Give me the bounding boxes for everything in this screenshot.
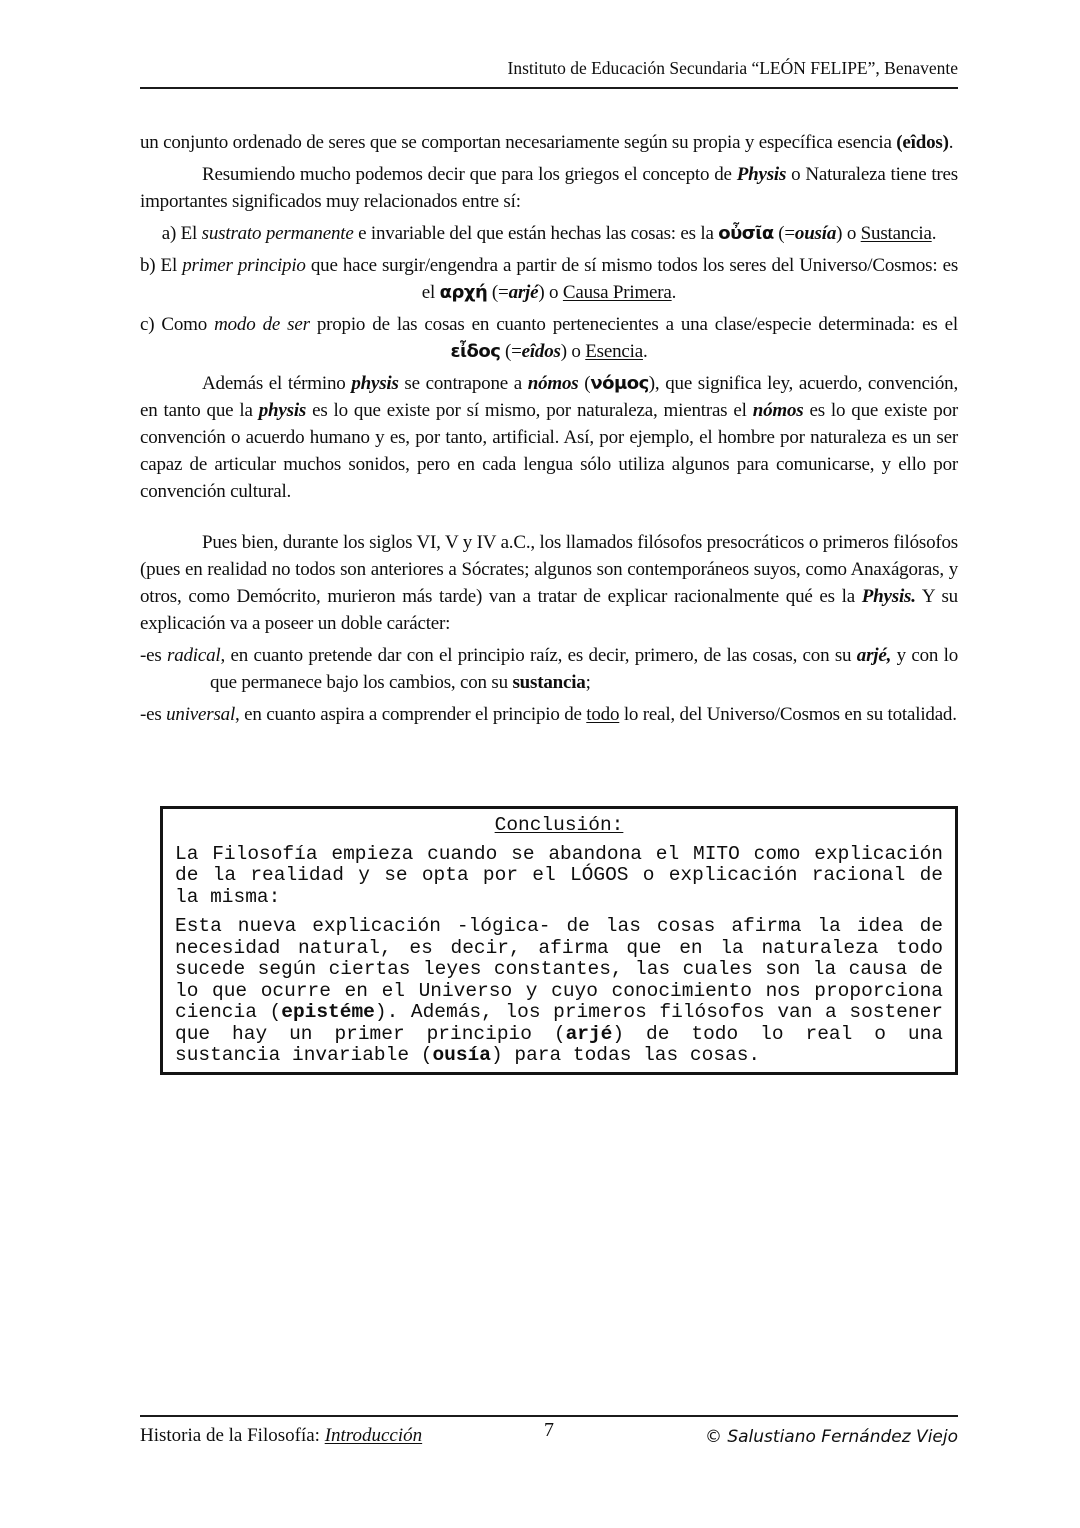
text-run: un conjunto ordenado de seres que se com…	[140, 132, 896, 153]
text-run: Sustancia	[861, 223, 932, 244]
text-run: , en cuanto pretende dar con el principi…	[221, 645, 857, 666]
text-run: lo real, del Universo/Cosmos en su total…	[619, 704, 957, 725]
text-run: ousía	[432, 1044, 491, 1066]
text-run: ;	[586, 672, 591, 693]
text-run: ) o	[538, 282, 563, 303]
text-run: .	[672, 282, 677, 303]
text-run: οὖσῖα	[718, 223, 773, 244]
text-run: todo	[586, 704, 619, 725]
text-run: ) o	[836, 223, 861, 244]
text-run: -es	[140, 704, 166, 725]
list-item-universal: -es universal, en cuanto aspira a compre…	[140, 701, 958, 728]
footer-course: Historia de la Filosofía: Introducción	[140, 1417, 422, 1447]
text-run: ) o	[561, 341, 586, 362]
list-item-b-primer-principio: b) El primer principio que hace surgir/e…	[140, 252, 958, 306]
text-run: se contrapone a	[399, 373, 528, 394]
text-run: , en cuanto aspira a comprender el princ…	[235, 704, 586, 725]
footer-course-prefix: Historia de la Filosofía:	[140, 1425, 325, 1446]
conclusion-title-text: Conclusión:	[495, 814, 624, 836]
text-run: propio de las cosas en cuanto pertenecie…	[310, 314, 958, 335]
text-run: radical	[167, 645, 221, 666]
text-run: universal	[166, 704, 235, 725]
text-run: Physis.	[862, 586, 916, 607]
text-run: αρχή	[440, 282, 488, 303]
text-run: -es	[140, 645, 167, 666]
text-run: ousía	[795, 223, 836, 244]
text-run: nómos	[753, 400, 804, 421]
document-page: Instituto de Educación Secundaria “LEÓN …	[0, 0, 1080, 1528]
footer-course-section: Introducción	[325, 1425, 422, 1446]
page-header: Instituto de Educación Secundaria “LEÓN …	[140, 0, 958, 89]
text-run: (=	[487, 282, 508, 303]
paragraph-presocraticos: Pues bien, durante los siglos VI, V y IV…	[140, 529, 958, 637]
text-run: (	[579, 373, 591, 394]
text-run: Causa Primera	[563, 282, 672, 303]
text-run: physis	[259, 400, 306, 421]
footer-row: Historia de la Filosofía: Introducción 7…	[140, 1417, 958, 1447]
text-run: primer principio	[182, 255, 306, 276]
text-run: .	[949, 132, 954, 153]
page-content: un conjunto ordenado de seres que se com…	[140, 89, 958, 1075]
text-run: εἶδος	[450, 341, 500, 362]
list-item-radical: -es radical, en cuanto pretende dar con …	[140, 642, 958, 696]
text-run: eîdos	[522, 341, 561, 362]
conclusion-title: Conclusión:	[175, 815, 943, 837]
list-item-c-modo-de-ser: c) Como modo de ser propio de las cosas …	[140, 311, 958, 365]
text-run: Physis	[737, 164, 786, 185]
header-institute: Instituto de Educación Secundaria “LEÓN …	[508, 58, 958, 78]
text-run: physis	[351, 373, 398, 394]
text-run: .	[643, 341, 648, 362]
paragraph-physis-nomos: Además el término physis se contrapone a…	[140, 370, 958, 505]
page-footer: Historia de la Filosofía: Introducción 7…	[140, 1415, 958, 1447]
conclusion-paragraph-2: Esta nueva explicación -lógica- de las c…	[175, 916, 943, 1067]
conclusion-paragraph-1: La Filosofía empieza cuando se abandona …	[175, 844, 943, 909]
page-number: 7	[544, 1417, 554, 1442]
text-run: arjé	[566, 1023, 613, 1045]
text-run: arjé,	[857, 645, 891, 666]
text-run: b) El	[140, 255, 182, 276]
text-run: Además el término	[202, 373, 351, 394]
text-run: es lo que existe por sí mismo, por natur…	[306, 400, 753, 421]
text-run: ) para todas las cosas.	[491, 1044, 760, 1066]
text-run: epistéme	[281, 1001, 375, 1023]
text-run: Esencia	[585, 341, 643, 362]
conclusion-box: Conclusión: La Filosofía empieza cuando …	[160, 806, 958, 1075]
text-run: e invariable del que están hechas las co…	[354, 223, 719, 244]
text-run: .	[932, 223, 937, 244]
footer-copyright: © Salustiano Fernández Viejo	[705, 1417, 958, 1447]
text-run: sustancia	[512, 672, 585, 693]
document-root: { "header": { "institute": "Instituto de…	[0, 0, 1080, 1528]
text-run: nómos	[528, 373, 579, 394]
text-run: Pues bien, durante los siglos VI, V y IV…	[140, 532, 958, 607]
text-run: sustrato permanente	[202, 223, 354, 244]
text-run: (eîdos)	[896, 132, 948, 153]
text-run: (=	[500, 341, 521, 362]
text-run: Resumiendo mucho podemos decir que para …	[202, 164, 737, 185]
paragraph-resumiendo: Resumiendo mucho podemos decir que para …	[140, 161, 958, 215]
text-run: νόμος	[590, 373, 648, 394]
text-run: a) El	[162, 223, 202, 244]
text-run: c) Como	[140, 314, 214, 335]
text-run: modo de ser	[214, 314, 310, 335]
paragraph-continuation: un conjunto ordenado de seres que se com…	[140, 129, 958, 156]
text-run: (=	[774, 223, 795, 244]
list-item-a-sustrato: a) El sustrato permanente e invariable d…	[140, 220, 958, 247]
text-run: arjé	[509, 282, 539, 303]
